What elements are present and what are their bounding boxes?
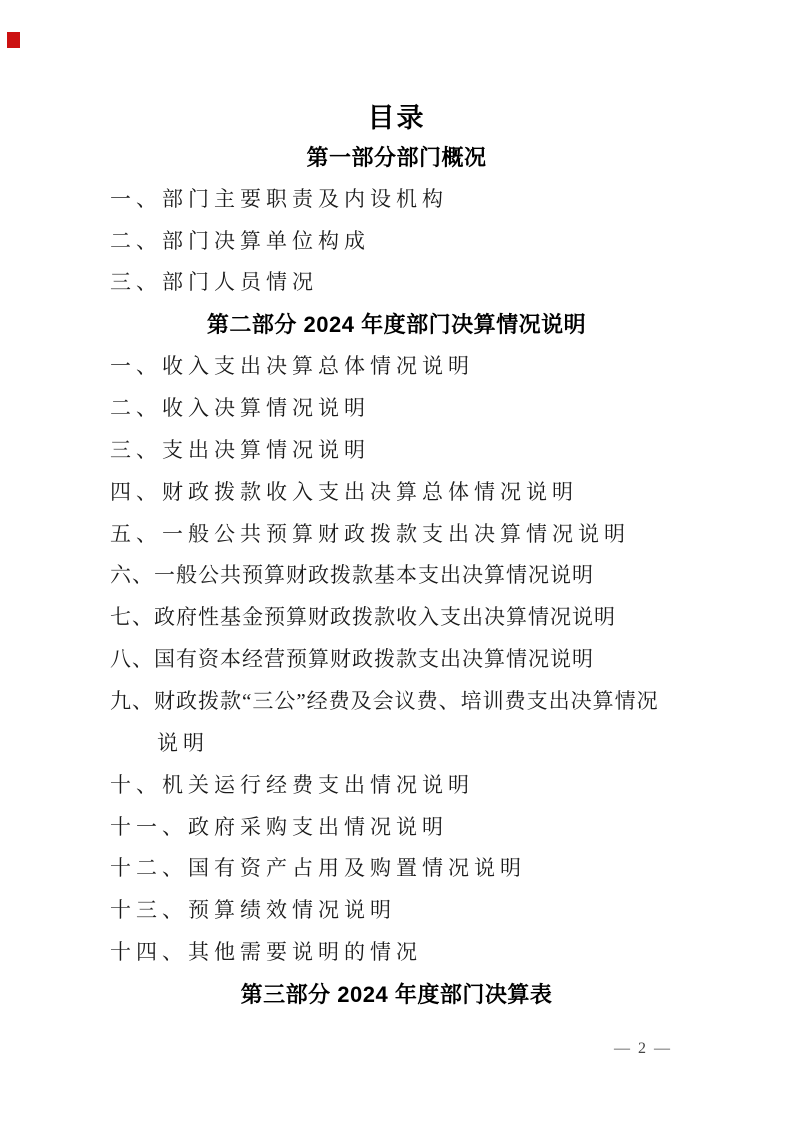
toc-item: 二、收入决算情况说明 (110, 397, 683, 439)
toc-item: 一、部门主要职责及内设机构 (110, 188, 683, 230)
toc-item: 九、财政拨款“三公”经费及会议费、培训费支出决算情况 (110, 690, 683, 732)
table-of-contents: 目录 第一部分部门概况 一、部门主要职责及内设机构 二、部门决算单位构成 三、部… (110, 104, 683, 1025)
toc-item: 三、支出决算情况说明 (110, 439, 683, 481)
toc-item-continuation: 说明 (110, 732, 683, 774)
toc-item: 十二、国有资产占用及购置情况说明 (110, 857, 683, 899)
section-1-heading: 第一部分部门概况 (110, 146, 683, 188)
document-page: 目录 第一部分部门概况 一、部门主要职责及内设机构 二、部门决算单位构成 三、部… (0, 0, 793, 1122)
toc-title: 目录 (110, 104, 683, 146)
toc-item: 三、部门人员情况 (110, 271, 683, 313)
toc-item: 七、政府性基金预算财政拨款收入支出决算情况说明 (110, 606, 683, 648)
toc-item: 十、机关运行经费支出情况说明 (110, 774, 683, 816)
toc-item: 十三、预算绩效情况说明 (110, 899, 683, 941)
toc-item: 十一、政府采购支出情况说明 (110, 816, 683, 858)
page-number: — 2 — (614, 1040, 672, 1058)
toc-item: 四、财政拨款收入支出决算总体情况说明 (110, 481, 683, 523)
toc-item: 十四、其他需要说明的情况 (110, 941, 683, 983)
toc-item: 六、一般公共预算财政拨款基本支出决算情况说明 (110, 564, 683, 606)
red-marker (7, 32, 20, 48)
toc-item: 五、一般公共预算财政拨款支出决算情况说明 (110, 523, 683, 565)
toc-item: 一、收入支出决算总体情况说明 (110, 355, 683, 397)
section-2-heading: 第二部分 2024 年度部门决算情况说明 (110, 313, 683, 355)
toc-item: 八、国有资本经营预算财政拨款支出决算情况说明 (110, 648, 683, 690)
toc-item: 二、部门决算单位构成 (110, 230, 683, 272)
section-3-heading: 第三部分 2024 年度部门决算表 (110, 983, 683, 1025)
